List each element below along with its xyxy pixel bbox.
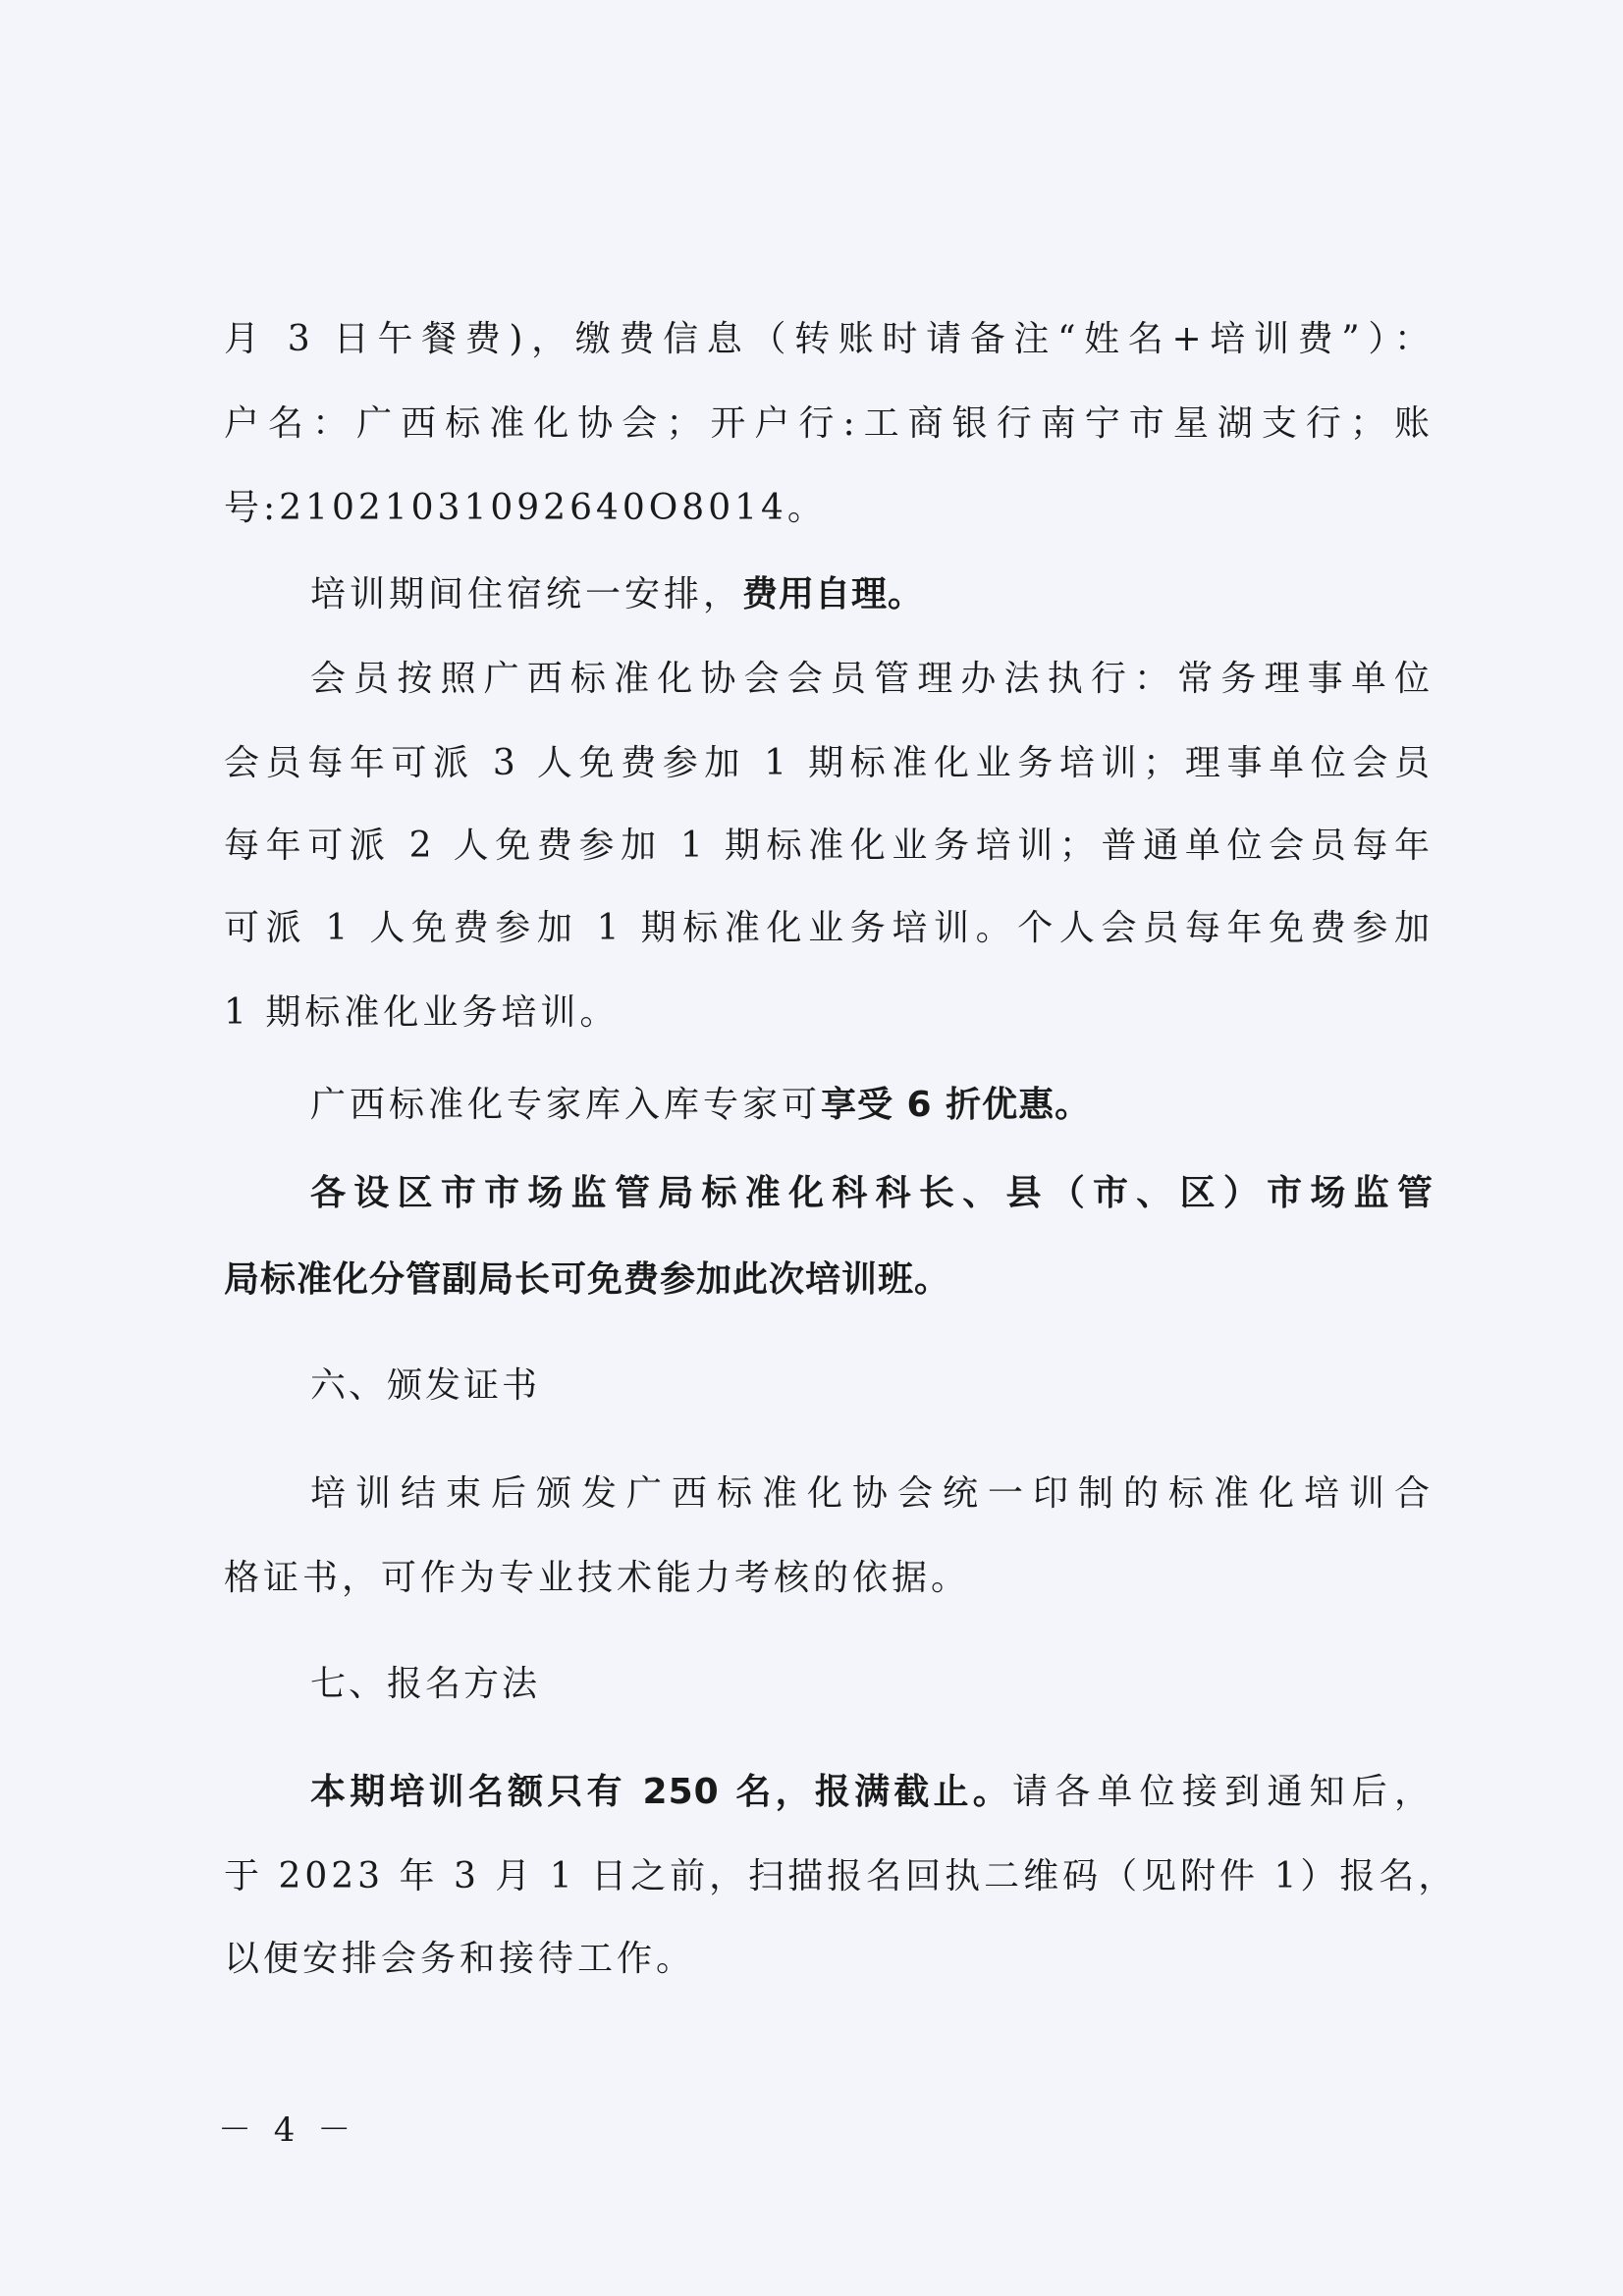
text: 培训期间住宿统一安排， <box>310 574 742 614</box>
paragraph-line-bold: 局标准化分管副局长可免费参加此次培训班。 <box>224 1256 1434 1304</box>
paragraph-line-bold: 各设区市市场监管局标准化科科长、县（市、区）市场监管 <box>310 1170 1434 1217</box>
paragraph-line: 户名：广西标准化协会；开户行:工商银行南宁市星湖支行；账 <box>224 400 1434 448</box>
page-number: － 4 － <box>218 2109 356 2152</box>
paragraph-line: 号:21021031092640O8014。 <box>224 485 1434 532</box>
paragraph-line: 每年可派 2 人免费参加 1 期标准化业务培训；普通单位会员每年 <box>224 823 1434 870</box>
paragraph-line: 格证书，可作为专业技术能力考核的依据。 <box>224 1555 1434 1602</box>
paragraph-line: 可派 1 人免费参加 1 期标准化业务培训。个人会员每年免费参加 <box>224 905 1434 952</box>
paragraph-line: 会员每年可派 3 人免费参加 1 期标准化业务培训；理事单位会员 <box>224 740 1434 787</box>
paragraph-line: 1 期标准化业务培训。 <box>224 989 1434 1037</box>
paragraph-line: 会员按照广西标准化协会会员管理办法执行：常务理事单位 <box>310 656 1434 703</box>
text: 请各单位接到通知后， <box>1012 1772 1434 1812</box>
section-heading: 七、报名方法 <box>310 1661 1434 1708</box>
paragraph-line: 培训期间住宿统一安排，费用自理。 <box>310 571 1434 618</box>
paragraph-line: 月 3 日午餐费)，缴费信息（转账时请备注“姓名+培训费”）： <box>224 316 1434 363</box>
document-page: 月 3 日午餐费)，缴费信息（转账时请备注“姓名+培训费”）： 户名：广西标准化… <box>0 0 1623 2296</box>
emphasis-text: 费用自理。 <box>742 574 924 614</box>
emphasis-text: 本期培训名额只有 250 名，报满截止。 <box>310 1772 1012 1812</box>
paragraph-line: 以便安排会务和接待工作。 <box>224 1936 1434 1983</box>
section-heading: 六、颁发证书 <box>310 1362 1434 1410</box>
paragraph-line: 于 2023 年 3 月 1 日之前，扫描报名回执二维码（见附件 1）报名， <box>224 1853 1434 1900</box>
emphasis-text: 享受 6 折优惠。 <box>821 1085 1091 1125</box>
paragraph-line: 本期培训名额只有 250 名，报满截止。请各单位接到通知后， <box>310 1769 1434 1816</box>
text: 广西标准化专家库入库专家可 <box>310 1085 821 1125</box>
paragraph-line: 广西标准化专家库入库专家可享受 6 折优惠。 <box>310 1082 1434 1129</box>
paragraph-line: 培训结束后颁发广西标准化协会统一印制的标准化培训合 <box>310 1470 1434 1518</box>
